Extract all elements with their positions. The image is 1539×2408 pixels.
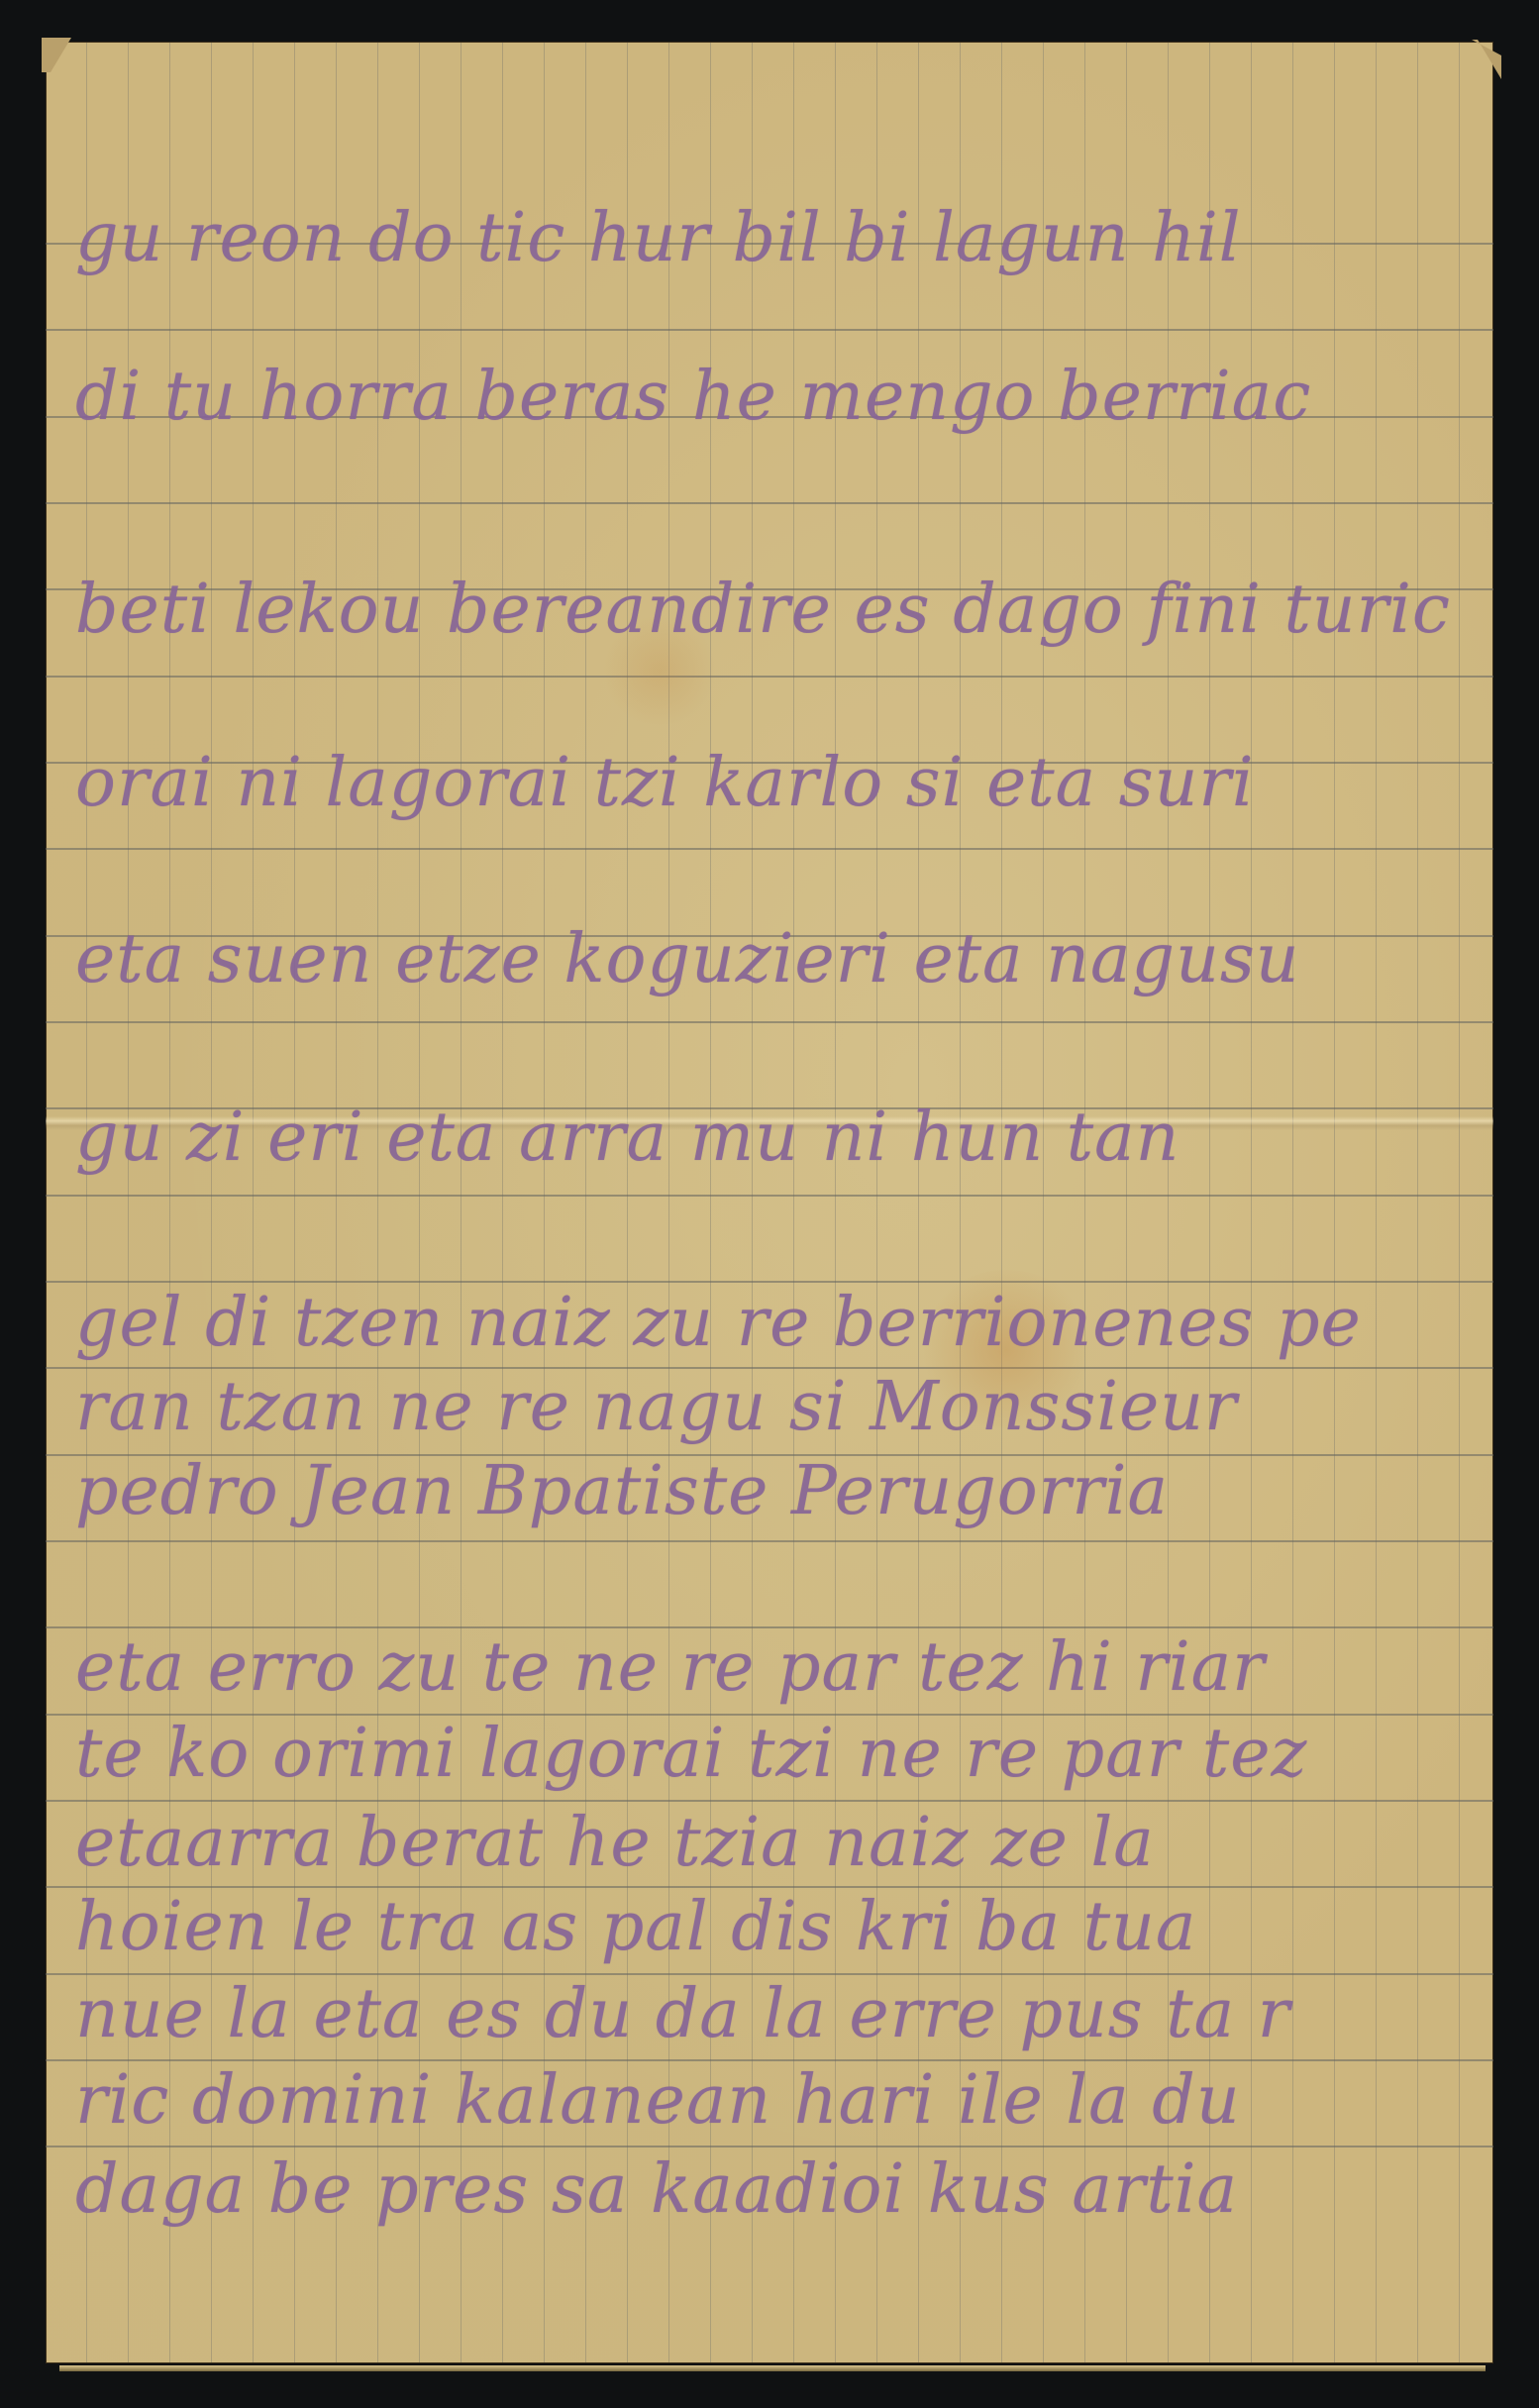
handwritten-line-6: gu zi eri eta arra mu ni hun tan [75,1104,1474,1172]
handwritten-line-5: eta suen etze koguzieri eta nagusu [75,926,1474,994]
letter-page: gu reon do tic hur bil bi lagun hil di t… [46,42,1493,2363]
rule-line [46,502,1493,504]
handwritten-line-10: eta erro zu te ne re par tez hi riar [75,1634,1474,1702]
handwritten-line-2: di tu horra beras he mengo berriac [75,364,1474,431]
handwritten-line-1: gu reon do tic hur bil bi lagun hil [75,205,1474,272]
rule-line [46,1800,1493,1802]
paper-bottom-edge [59,2365,1486,2371]
handwritten-line-3: beti lekou bereandire es dago fini turic [75,576,1474,644]
handwritten-line-11: te ko orimi lagorai tzi ne re par tez [75,1721,1474,1788]
rule-line [46,1021,1493,1023]
rule-line [46,329,1493,331]
handwritten-line-9: pedro Jean Bpatiste Perugorria [75,1458,1474,1525]
rule-line [46,1195,1493,1197]
rule-line [46,2146,1493,2147]
handwritten-line-4: orai ni lagorai tzi karlo si eta suri [75,750,1474,817]
rule-line [46,1281,1493,1283]
rule-line [46,1540,1493,1542]
rule-line [46,676,1493,678]
handwritten-line-12: etaarra berat he tzia naiz ze la [75,1810,1474,1877]
handwritten-line-13: hoien le tra as pal dis kri ba tua [75,1894,1474,1961]
handwritten-line-15: ric domini kalanean hari ile la du [75,2067,1474,2135]
handwritten-line-8: ran tzan ne re nagu si Monssieur [75,1374,1474,1441]
handwritten-line-7: gel di tzen naiz zu re berrionenes pe [75,1290,1474,1357]
handwritten-line-16: daga be pres sa kaadioi kus artia [75,2156,1474,2224]
handwritten-line-14: nue la eta es du da la erre pus ta r [75,1981,1474,2048]
folded-corner-left [42,38,71,72]
folded-corner-right [1472,40,1501,79]
rule-line [46,848,1493,850]
